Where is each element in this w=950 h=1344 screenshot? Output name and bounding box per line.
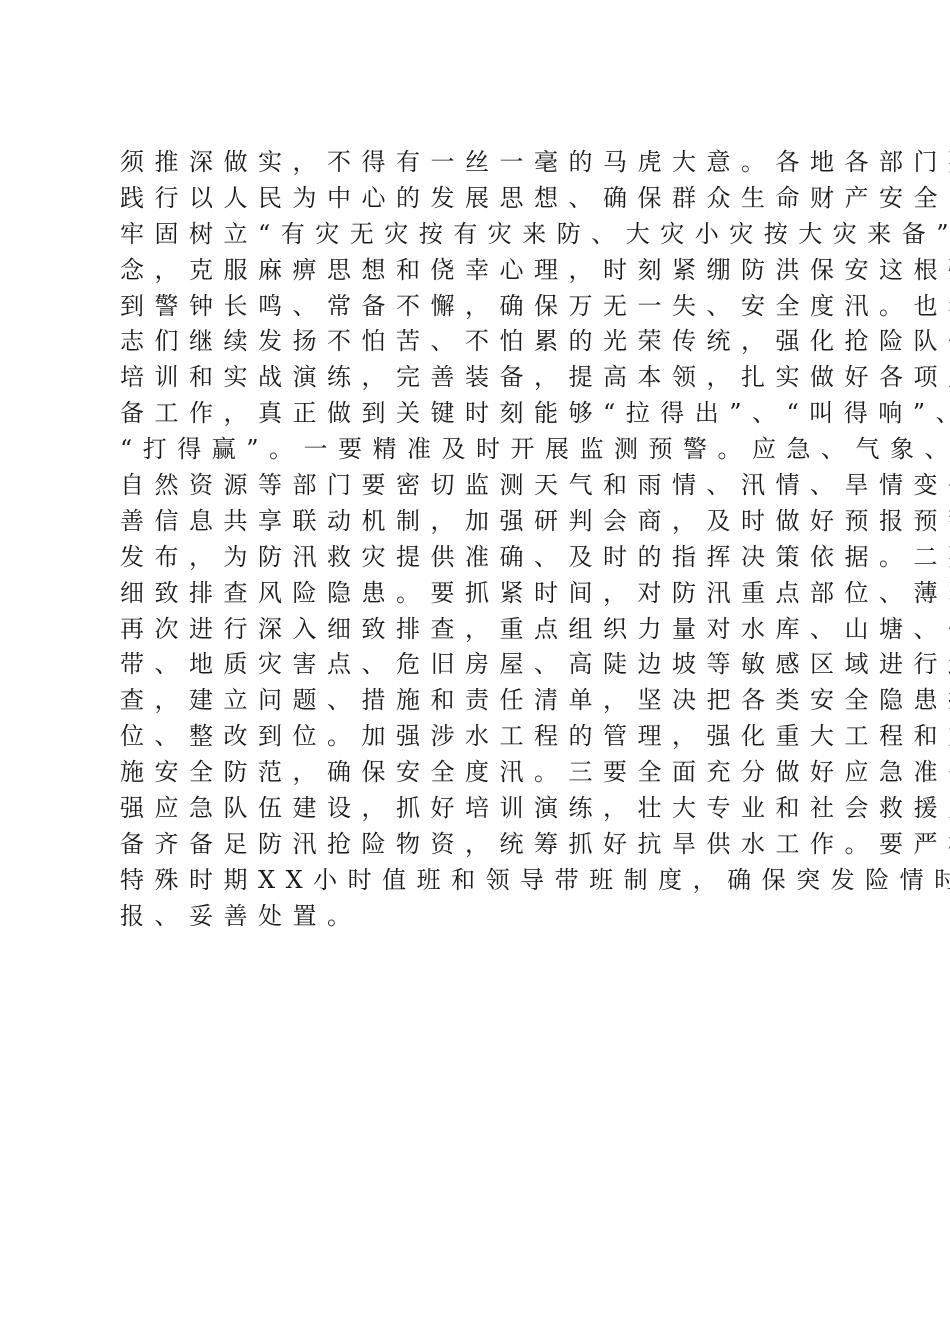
text-line: 善信息共享联动机制，加强研判会商，及时做好预报预警信息 — [120, 504, 840, 540]
text-line: 再次进行深入细致排查，重点组织力量对水库、山塘、低洼地 — [120, 612, 840, 648]
text-line: 查，建立问题、措施和责任清单，坚决把各类安全隐患排查到 — [120, 683, 840, 719]
text-line: 施安全防范，确保安全度汛。三要全面充分做好应急准备。加 — [120, 755, 840, 791]
text-line: 志们继续发扬不怕苦、不怕累的光荣传统，强化抢险队伍技术 — [120, 324, 840, 360]
text-line: 发布，为防汛救灾提供准确、及时的指挥决策依据。二要深入 — [120, 540, 840, 576]
text-line: 念，克服麻痹思想和侥幸心理，时刻紧绷防洪保安这根弦，做 — [120, 253, 840, 289]
text-line: 带、地质灾害点、危旧房屋、高陡边坡等敏感区域进行巡查排 — [120, 647, 840, 683]
text-line: 强应急队伍建设，抓好培训演练，壮大专业和社会救援力量， — [120, 791, 840, 827]
text-line: 培训和实战演练，完善装备，提高本领，扎实做好各项应急准 — [120, 360, 840, 396]
text-line: 细致排查风险隐患。要抓紧时间，对防汛重点部位、薄弱环节， — [120, 576, 840, 612]
text-line: “打得赢”。一要精准及时开展监测预警。应急、气象、农水、 — [120, 432, 840, 468]
text-line: 特殊时期XX小时值班和领导带班制度，确保突发险情时及时上 — [120, 863, 840, 899]
text-line: 须推深做实，不得有一丝一毫的马虎大意。各地各部门要站在 — [120, 145, 840, 181]
document-page: 须推深做实，不得有一丝一毫的马虎大意。各地各部门要站在 践行以人民为中心的发展思… — [0, 0, 950, 1344]
text-line: 备齐备足防汛抢险物资，统筹抓好抗旱供水工作。要严格执行 — [120, 827, 840, 863]
text-line: 牢固树立“有灾无灾按有灾来防、大灾小灾按大灾来备”的观 — [120, 217, 840, 253]
text-line: 位、整改到位。加强涉水工程的管理，强化重大工程和重要设 — [120, 719, 840, 755]
body-paragraph: 须推深做实，不得有一丝一毫的马虎大意。各地各部门要站在 践行以人民为中心的发展思… — [120, 145, 840, 935]
text-line: 践行以人民为中心的发展思想、确保群众生命财产安全的高度， — [120, 181, 840, 217]
text-line: 到警钟长鸣、常备不懈，确保万无一失、安全度汛。也希望同 — [120, 289, 840, 325]
text-line: 报、妥善处置。 — [120, 899, 840, 935]
text-line: 自然资源等部门要密切监测天气和雨情、汛情、旱情变化，完 — [120, 468, 840, 504]
text-line: 备工作，真正做到关键时刻能够“拉得出”、“叫得响”、 — [120, 396, 840, 432]
